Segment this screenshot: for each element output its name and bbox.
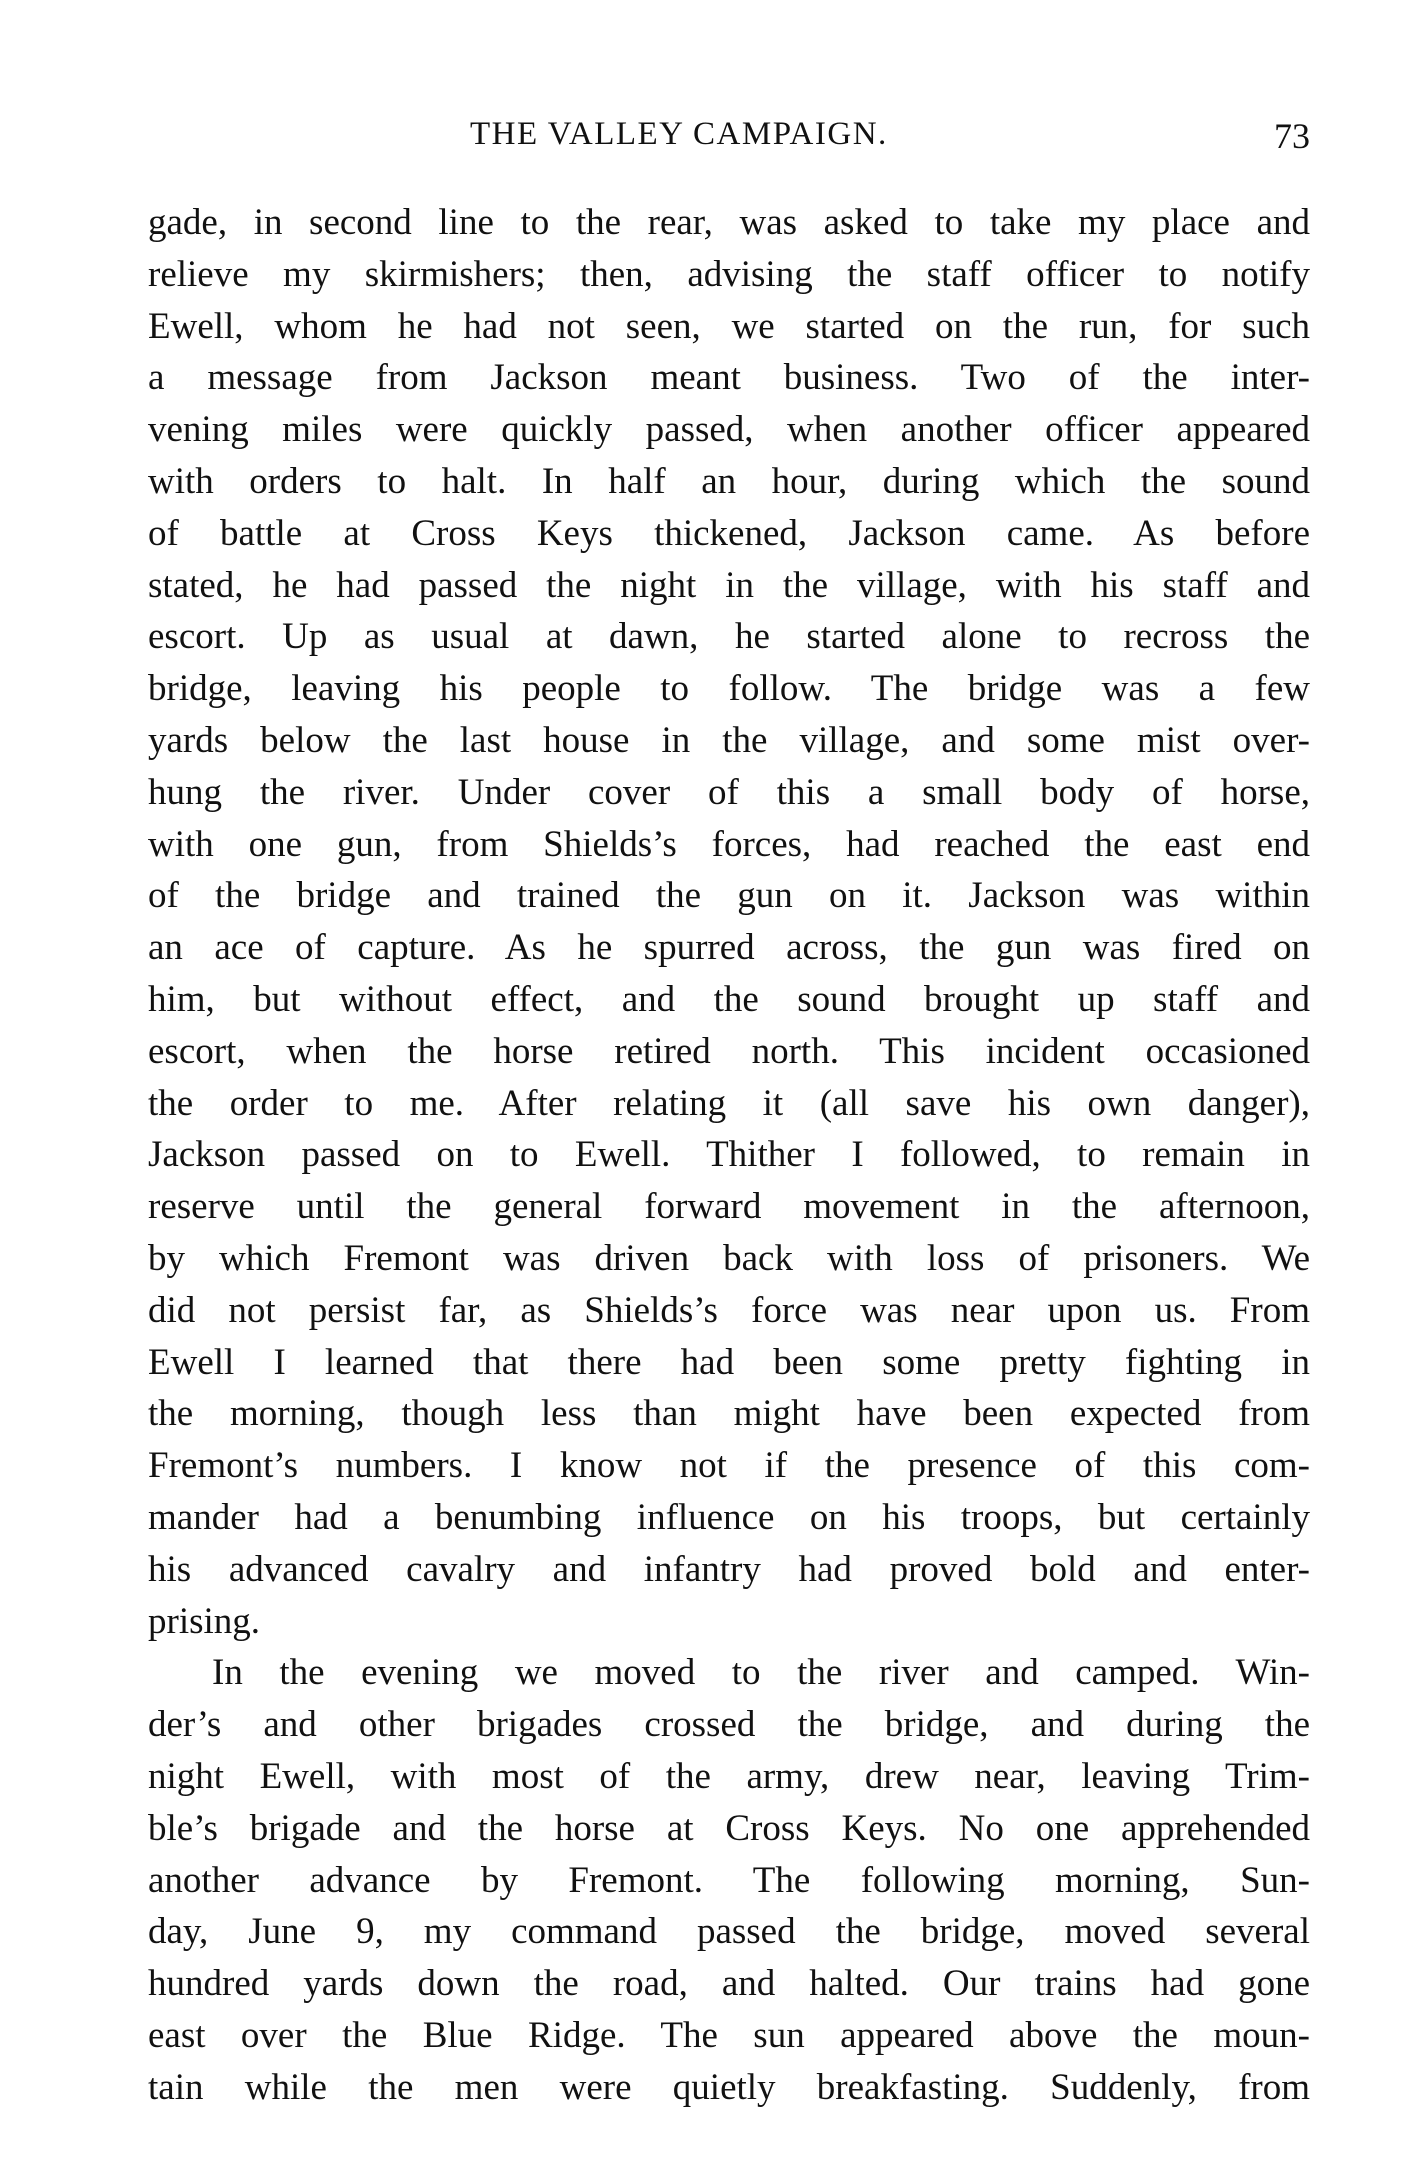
text-line: mander had a benumbing influence on his … — [148, 1492, 1310, 1544]
text-line: by which Fremont was driven back with lo… — [148, 1233, 1310, 1285]
text-line: hundred yards down the road, and halted.… — [148, 1958, 1310, 2010]
text-line: escort, when the horse retired north. Th… — [148, 1026, 1310, 1078]
text-line: night Ewell, with most of the army, drew… — [148, 1751, 1310, 1803]
text-line: der’s and other brigades crossed the bri… — [148, 1699, 1310, 1751]
text-line: stated, he had passed the night in the v… — [148, 560, 1310, 612]
text-line: yards below the last house in the villag… — [148, 715, 1310, 767]
text-line: prising. — [148, 1596, 1310, 1648]
running-head: THE VALLEY CAMPAIGN. 73 — [148, 100, 1310, 160]
text-line: of battle at Cross Keys thickened, Jacks… — [148, 508, 1310, 560]
page-number: 73 — [1274, 116, 1310, 156]
text-line: did not persist far, as Shields’s force … — [148, 1285, 1310, 1337]
text-line: Fremont’s numbers. I know not if the pre… — [148, 1440, 1310, 1492]
text-line: with orders to halt. In half an hour, du… — [148, 456, 1310, 508]
text-line: of the bridge and trained the gun on it.… — [148, 870, 1310, 922]
text-line: reserve until the general forward moveme… — [148, 1181, 1310, 1233]
text-line: the order to me. After relating it (all … — [148, 1078, 1310, 1130]
body-text: gade, in second line to the rear, was as… — [148, 197, 1310, 2113]
text-line: tain while the men were quietly breakfas… — [148, 2062, 1310, 2114]
text-line: gade, in second line to the rear, was as… — [148, 197, 1310, 249]
text-line: Jackson passed on to Ewell. Thither I fo… — [148, 1129, 1310, 1181]
text-line: him, but without effect, and the sound b… — [148, 974, 1310, 1026]
paragraph-1: gade, in second line to the rear, was as… — [148, 197, 1310, 1647]
text-line: ble’s brigade and the horse at Cross Key… — [148, 1803, 1310, 1855]
text-line: Ewell, whom he had not seen, we started … — [148, 301, 1310, 353]
text-line: bridge, leaving his people to follow. Th… — [148, 663, 1310, 715]
text-line: the morning, though less than might have… — [148, 1388, 1310, 1440]
running-title: THE VALLEY CAMPAIGN. — [470, 114, 888, 154]
text-line: In the evening we moved to the river and… — [148, 1647, 1310, 1699]
text-line: his advanced cavalry and infantry had pr… — [148, 1544, 1310, 1596]
text-line: a message from Jackson meant business. T… — [148, 352, 1310, 404]
text-line: relieve my skirmishers; then, advising t… — [148, 249, 1310, 301]
text-line: an ace of capture. As he spurred across,… — [148, 922, 1310, 974]
text-line: with one gun, from Shields’s forces, had… — [148, 819, 1310, 871]
text-line: vening miles were quickly passed, when a… — [148, 404, 1310, 456]
text-line: another advance by Fremont. The followin… — [148, 1855, 1310, 1907]
text-line: hung the river. Under cover of this a sm… — [148, 767, 1310, 819]
text-line: escort. Up as usual at dawn, he started … — [148, 611, 1310, 663]
text-line: east over the Blue Ridge. The sun appear… — [148, 2010, 1310, 2062]
text-line: Ewell I learned that there had been some… — [148, 1337, 1310, 1389]
text-line: day, June 9, my command passed the bridg… — [148, 1906, 1310, 1958]
book-page: THE VALLEY CAMPAIGN. 73 gade, in second … — [0, 0, 1418, 2175]
paragraph-2: In the evening we moved to the river and… — [148, 1647, 1310, 2113]
